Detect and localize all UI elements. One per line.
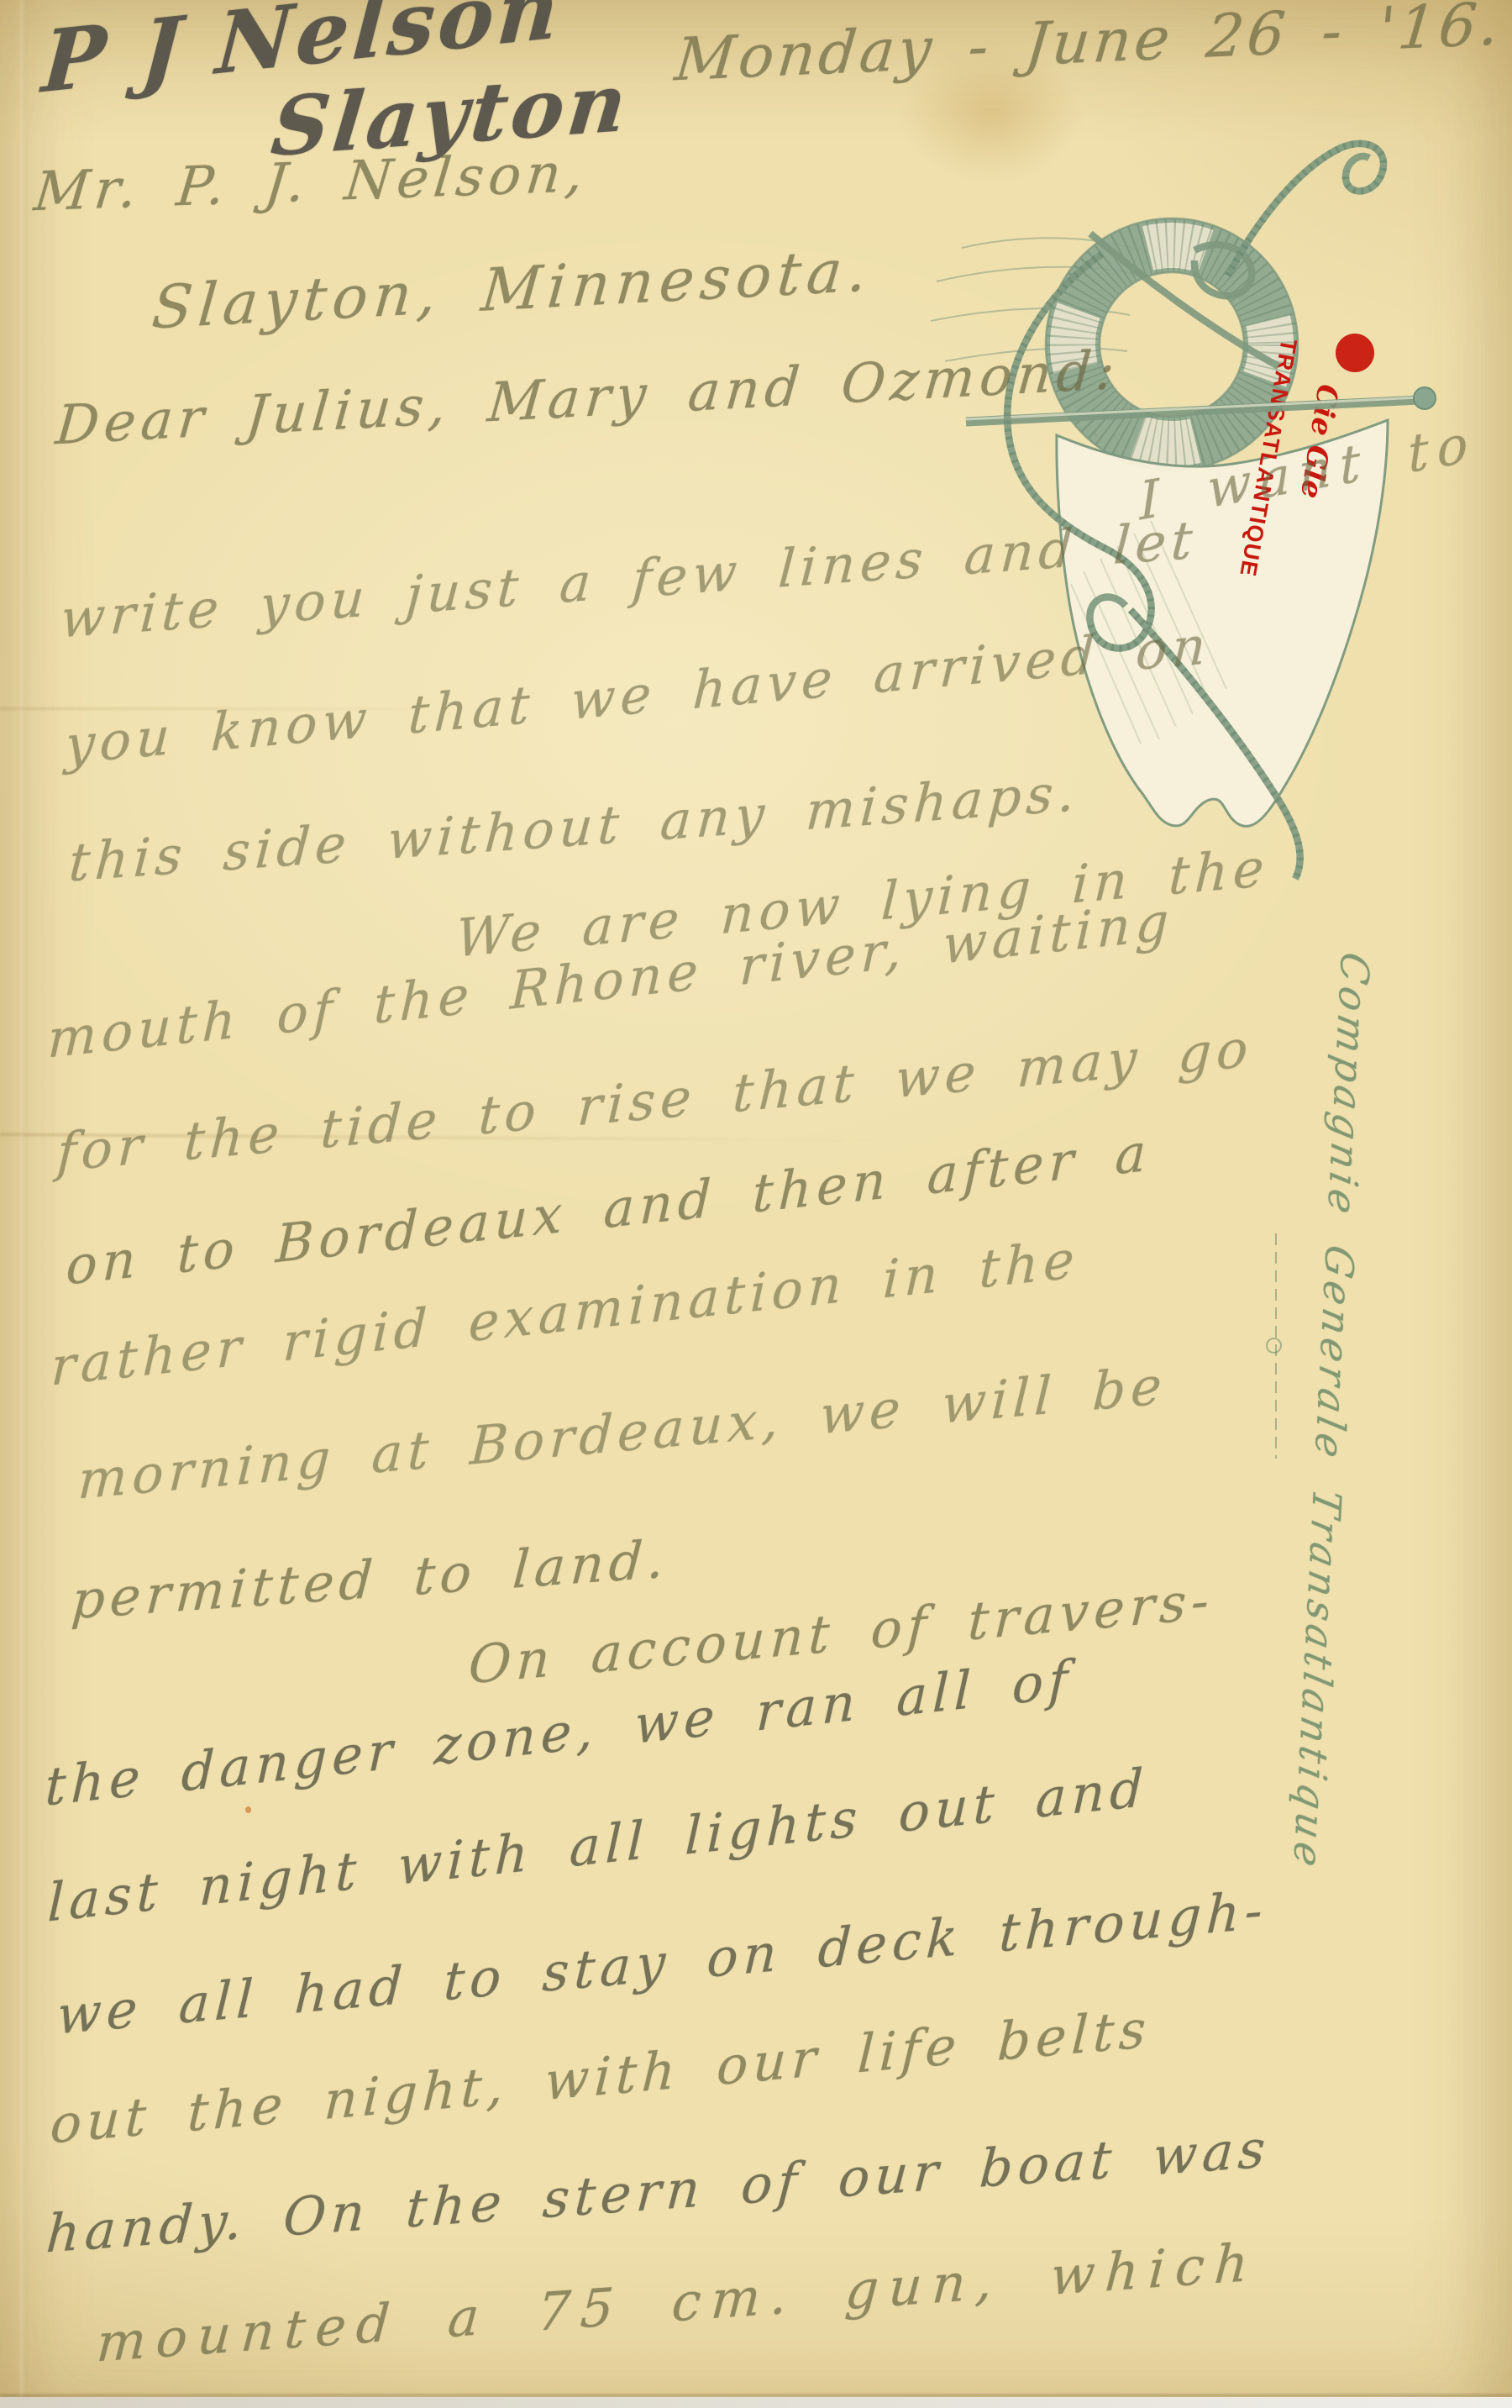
paper-crease: [20, 0, 25, 2408]
fold-mark-ring: [1266, 1338, 1282, 1354]
brand-vertical-text: Compagnie Generale Transatlantique: [1278, 948, 1378, 1998]
handwriting-line: mounted a 75 cm. gun, which: [95, 2231, 1260, 2374]
date-line: Monday - June 26 - '16.: [672, 0, 1505, 94]
scanner-bed-strip: [0, 2397, 1512, 2408]
recipient-name-line: Mr. P. J. Nelson,: [31, 142, 591, 223]
handwriting-line: permitted to land.: [70, 1527, 671, 1631]
letter-scan: Cie Gle TRANSATLANTIQUE Compagnie Genera…: [0, 0, 1512, 2408]
paper-speck: [245, 1806, 251, 1813]
flag-red-ball: [1336, 334, 1374, 372]
recipient-address-line: Slayton, Minnesota.: [150, 235, 875, 342]
